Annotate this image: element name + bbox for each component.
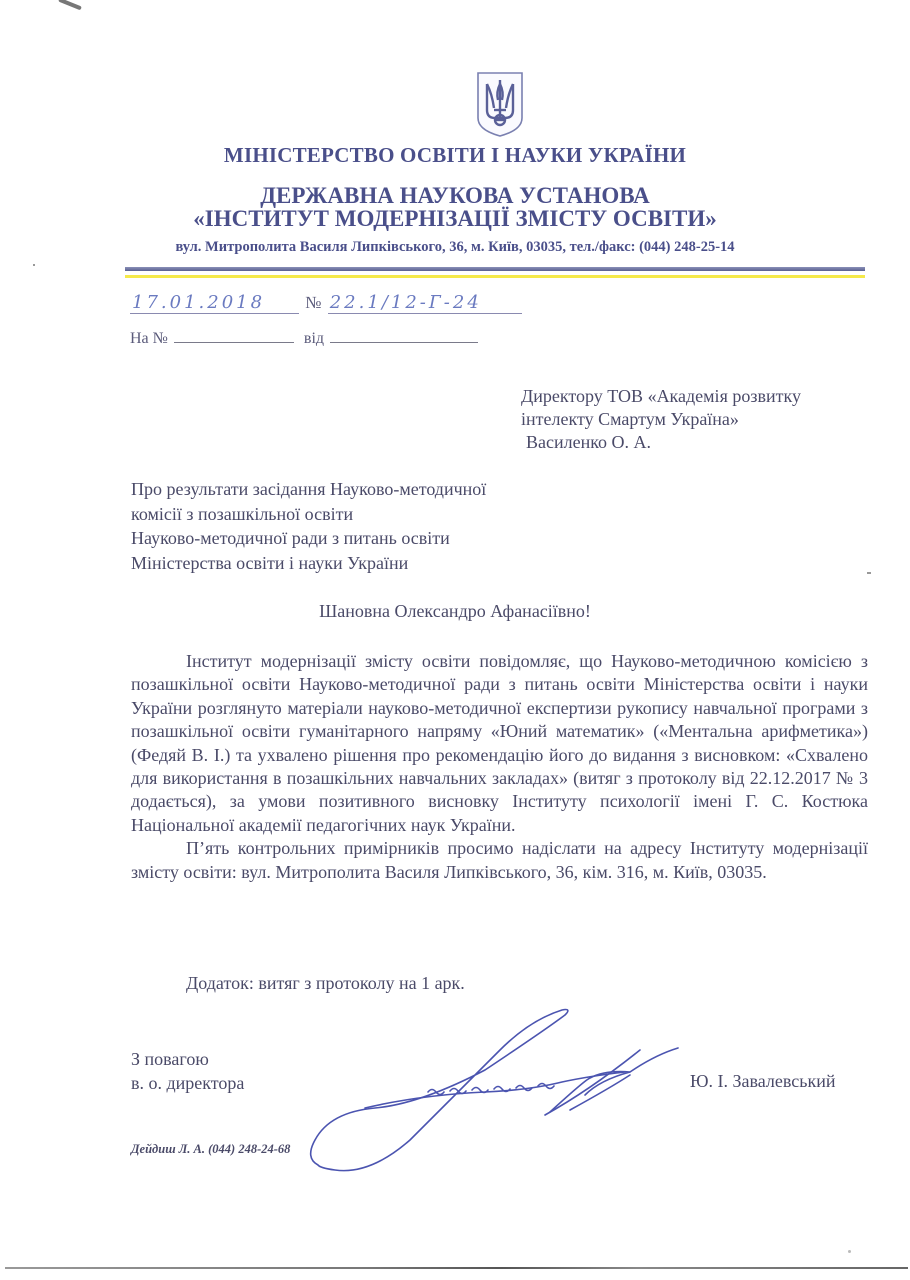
recipient-block: Директору ТОВ «Академія розвитку інтелек…	[521, 385, 801, 454]
scan-speck	[848, 1250, 851, 1253]
body-paragraph: Інститут модернізації змісту освіти пові…	[131, 650, 868, 837]
letterhead-rule-blue	[125, 267, 865, 271]
body-paragraph: П’ять контрольних примірників просимо на…	[131, 837, 868, 884]
reply-to-label: На №	[130, 330, 168, 347]
recipient-line: інтелекту Смартум Україна»	[521, 408, 801, 431]
letterhead-rule-yellow	[125, 275, 865, 278]
scan-speck	[867, 572, 871, 574]
subject-block: Про результати засідання Науково-методич…	[131, 477, 486, 575]
reply-number-blank	[174, 328, 294, 343]
registration-number-label: №	[305, 293, 321, 312]
reply-date-blank	[330, 328, 478, 343]
ministry-title: МІНІСТЕРСТВО ОСВІТИ І НАУКИ УКРАЇНИ	[0, 143, 910, 168]
scan-artifact-mark	[58, 0, 82, 10]
registration-line: 17.01.2018 № 22.1/12-Г-24	[130, 292, 522, 314]
closing-position: в. о. директора	[131, 1071, 244, 1095]
registration-number: 22.1/12-Г-24	[328, 292, 522, 314]
page-bottom-edge	[5, 1267, 908, 1269]
subject-line: Про результати засідання Науково-методич…	[131, 477, 486, 502]
subject-line: комісії з позашкільної освіти	[131, 502, 486, 527]
executor-contact: Дейдиш Л. А. (044) 248-24-68	[131, 1142, 290, 1157]
registration-date: 17.01.2018	[130, 292, 299, 314]
letter-body: Інститут модернізації змісту освіти пові…	[131, 650, 868, 884]
handwritten-signature-icon	[300, 1000, 680, 1180]
recipient-line: Директору ТОВ «Академія розвитку	[521, 385, 801, 408]
signer-name: Ю. І. Завалевський	[690, 1071, 836, 1092]
subject-line: Міністерства освіти і науки України	[131, 551, 486, 576]
recipient-line: Василенко О. А.	[521, 431, 801, 454]
institution-address: вул. Митрополита Василя Липківського, 36…	[0, 239, 910, 256]
scan-speck	[33, 264, 35, 266]
from-label: від	[304, 330, 324, 347]
closing-block: З повагою в. о. директора	[131, 1047, 244, 1095]
subject-line: Науково-методичної ради з питань освіти	[131, 526, 486, 551]
attachment-note: Додаток: витяг з протоколу на 1 арк.	[186, 973, 465, 994]
institution-title-line2: «ІНСТИТУТ МОДЕРНІЗАЦІЇ ЗМІСТУ ОСВІТИ»	[0, 206, 910, 232]
ukraine-trident-emblem-icon	[475, 70, 525, 138]
reply-reference-line: На №від	[130, 328, 478, 348]
closing-regards: З повагою	[131, 1047, 244, 1071]
salutation: Шановна Олександро Афанасіївно!	[0, 601, 910, 622]
